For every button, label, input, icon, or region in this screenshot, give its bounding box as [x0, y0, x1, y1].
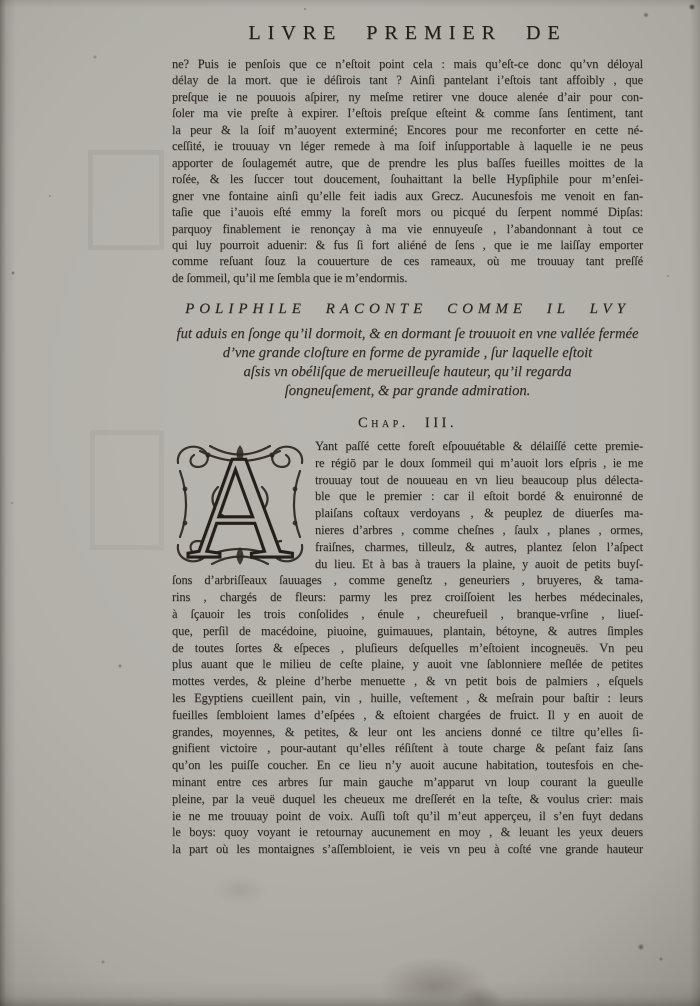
text-line: parquoy finablement ie renonçay à ma vie… — [172, 221, 643, 237]
text-line: apporter de ſoulagemét autre, que de pre… — [172, 155, 643, 171]
text-line: qu’on les puiſſe coucher. En ce lieu n’y… — [172, 757, 643, 774]
text-line: ne? Puis ie penſois que ce n’eſtoit poin… — [172, 56, 643, 72]
chapter-heading: POLIPHILE RACONTE COMME IL LVY fut aduis… — [132, 301, 683, 432]
text-line: qui luy pourroit aduenir: & fus ſi fort … — [172, 237, 643, 253]
text-line: pleine, par la veuë duquel les cheueux m… — [172, 791, 643, 808]
ornamental-initial-woodcut: A — [172, 441, 308, 569]
book-page-scan: LIVRE PREMIER DE ne? Puis ie penſois que… — [0, 0, 700, 1006]
text-line: à ſçauoir les trois conſolides , énule ,… — [172, 606, 643, 623]
text-line: preſque ie ne pouuois aſpirer, ny meſme … — [172, 89, 643, 105]
text-line: grandes, moyennes, & petites, & leur ont… — [172, 724, 643, 741]
text-line: comme reſuant ſouz la couuerture de ces … — [172, 253, 643, 269]
chapter-number-label: Chap. III. — [132, 415, 683, 432]
chapter-heading-subtitle: fut aduis en ſonge qu’il dormoit, & en d… — [132, 325, 683, 401]
text-line: ie ne me trouuay point de voix. Auſſi to… — [172, 808, 643, 825]
text-line: le boys: quoy voyant ie retournay aucune… — [172, 824, 643, 841]
text-line: gner vne fontaine ainſi qu’elle feit iad… — [172, 188, 643, 204]
chapter-heading-title: POLIPHILE RACONTE COMME IL LVY — [132, 301, 683, 318]
text-line: plus auant que le milieu de ceſte plaine… — [172, 656, 643, 673]
text-line: fut aduis en ſonge qu’il dormoit, & en d… — [132, 325, 683, 344]
text-line: de toutes ſortes & eſpeces , pluſieurs d… — [172, 640, 643, 657]
text-line: mottes verdes, & pleine d’herbe menuette… — [172, 673, 643, 690]
text-line: taſie que i’auois eſté emmy la foreſt mo… — [172, 204, 643, 220]
text-line: roſée, & les ſuccer tout doucement, ſouh… — [172, 171, 643, 187]
text-line: les Egyptiens cueillent pain, vin , huil… — [172, 690, 643, 707]
running-header: LIVRE PREMIER DE — [152, 22, 663, 45]
text-line: que, perſil de macédoine, piuoine, guima… — [172, 623, 643, 640]
text-line: d’vne grande cloſture en forme de pyrami… — [132, 344, 683, 363]
text-line: gnifient victoire , pour-autant qu’elles… — [172, 740, 643, 757]
text-line: ſongneuſement, & par grande admiration. — [132, 382, 683, 401]
text-line: la part où les montaignes s’aſſembloient… — [172, 841, 643, 858]
woodcut-initial-icon: A — [172, 441, 308, 569]
text-line: la peur & la ſoif m’auoyent exterminé; E… — [172, 122, 643, 138]
chapter-paragraph: A Yant paſſé cette foreſt eſpouuétable &… — [172, 438, 643, 858]
text-line: délay de la mort. que ie déſirois tant ?… — [172, 72, 643, 88]
text-line: ſons d’arbriſſeaux ſauuages , comme gene… — [172, 572, 643, 589]
show-through-impression — [90, 430, 164, 550]
text-line: fueilles ſembloient lames d’eſpées , & e… — [172, 707, 643, 724]
text-line: ſoler ma vie preſte à expirer. I’eſtois … — [172, 105, 643, 121]
intro-paragraph: ne? Puis ie penſois que ce n’eſtoit poin… — [172, 56, 643, 286]
text-line: rins , chargés de fleurs: parmy les prez… — [172, 589, 643, 606]
drop-cap-letter: A — [187, 441, 294, 569]
show-through-impression — [88, 150, 164, 250]
text-line: aſsis vn obéliſque de merueilleuſe haute… — [132, 363, 683, 382]
text-line: ceſſité, ie trouuay vn léger remede à ma… — [172, 138, 643, 154]
text-line: de ſommeil, qu’il me ſembla que ie m’end… — [172, 270, 643, 286]
text-line: minant entre ces arbres ſur main gauche … — [172, 774, 643, 791]
